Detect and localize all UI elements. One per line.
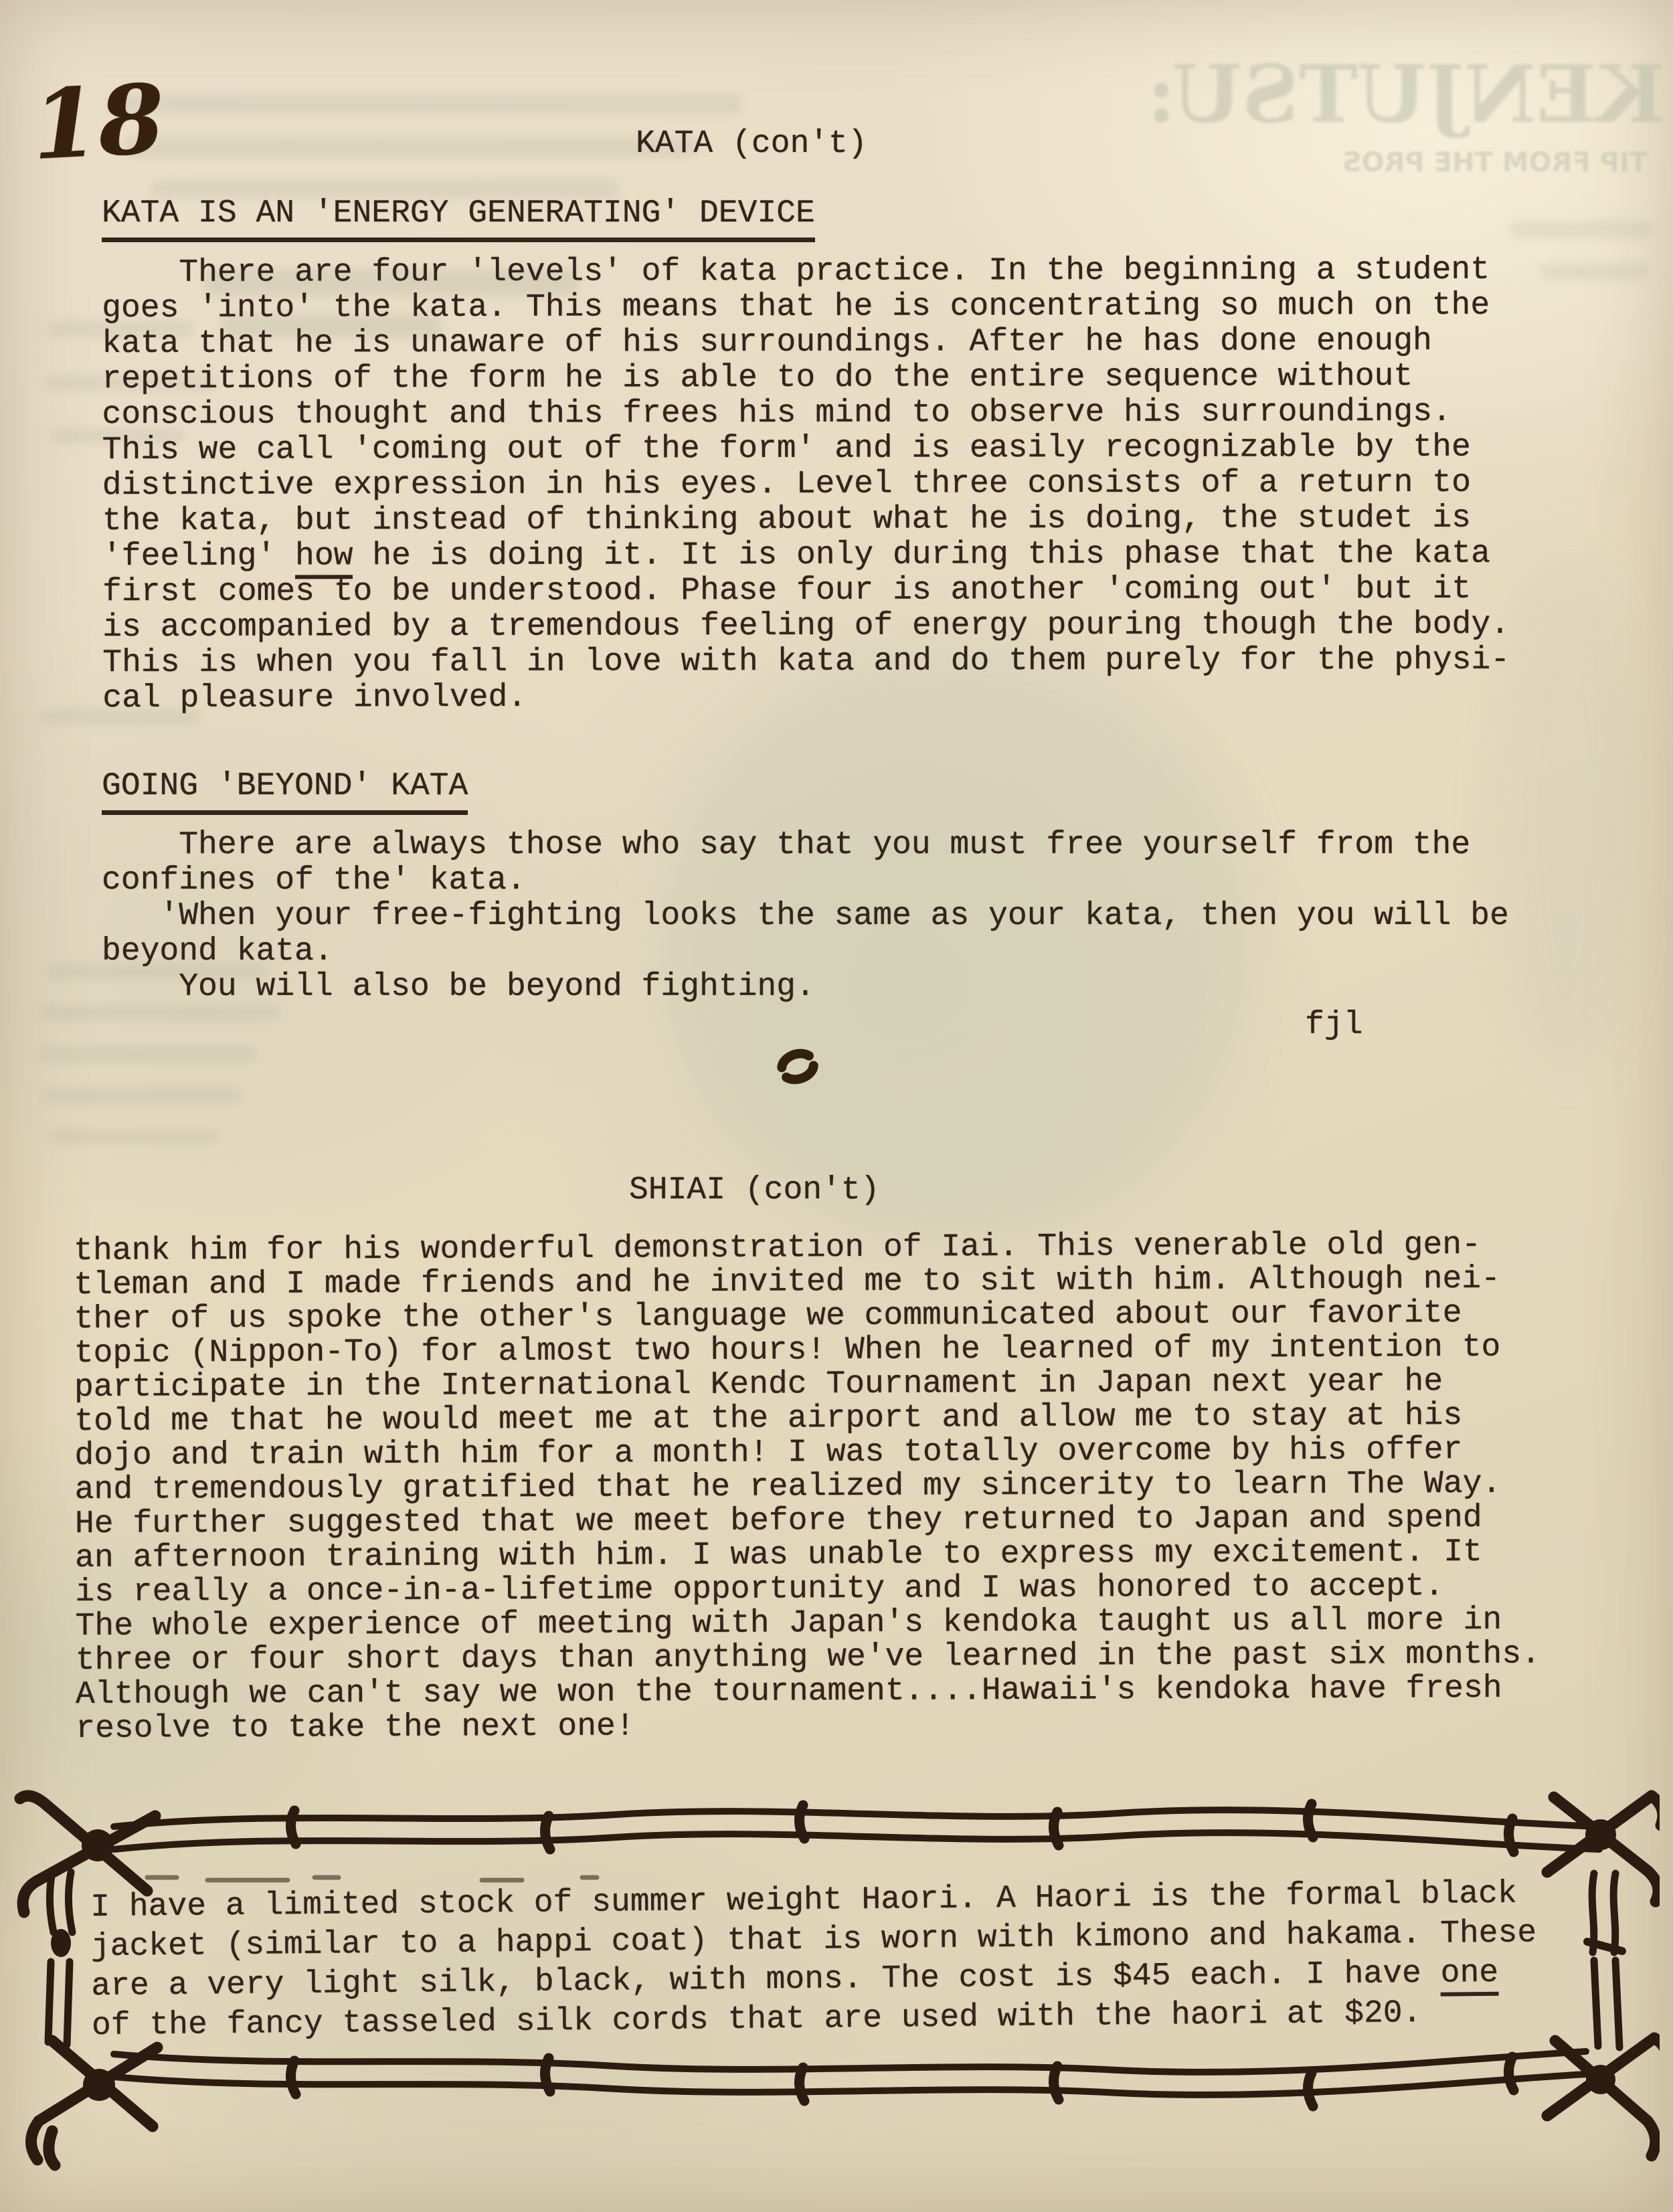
shiai-continued-header: SHIAI (con't): [629, 1172, 879, 1208]
bleed-through-smudge: [41, 1088, 242, 1104]
text-line: confines of the' kata.: [102, 863, 1509, 899]
underlined-word: one: [1440, 1955, 1498, 1997]
bleed-through-smudge: [107, 94, 743, 114]
bleed-through-tagline: TIP FROM THE PROS: [1393, 147, 1648, 178]
text-line: kata that he is unaware of his surroundi…: [102, 324, 1509, 362]
text-line: 'feeling' how he is doing it. It is only…: [102, 537, 1510, 575]
scanned-newsletter-page: KENJUTSU: TIP FROM THE PROS 18 KATA (con…: [0, 0, 1673, 2212]
text-line: resolve to take the next one!: [76, 1706, 1540, 1746]
text-line: You will also be beyond fighting.: [102, 970, 1509, 1005]
text-segment: 'feeling': [102, 538, 295, 575]
bleed-through-smudge: [1509, 221, 1653, 238]
text-line: first comes to be understood. Phase four…: [102, 572, 1510, 610]
haori-advertisement: I have a limited stock of summer weight …: [90, 1874, 1538, 2046]
text-line: This we call 'coming out of the form' an…: [102, 430, 1510, 468]
swirl-crescents-icon: [771, 1041, 824, 1092]
text-line: the kata, but instead of thinking about …: [102, 501, 1510, 539]
bleed-through-illustration: [1499, 562, 1633, 1071]
author-initials: fjl: [1305, 1007, 1362, 1043]
page-number: 18: [29, 72, 167, 173]
text-line: repetitions of the form he is able to do…: [102, 359, 1509, 397]
kata-paragraph: There are four 'levels' of kata practice…: [102, 253, 1510, 717]
text-line: cal pleasure involved.: [102, 678, 1510, 717]
text-line: This is when you fall in love with kata …: [102, 643, 1510, 681]
text-line: There are always those who say that you …: [102, 828, 1509, 863]
kata-continued-header: KATA (con't): [636, 126, 867, 162]
bleed-through-masthead: KENJUTSU:: [1317, 51, 1665, 138]
kata-section-heading: KATA IS AN 'ENERGY GENERATING' DEVICE: [102, 195, 815, 242]
text-segment: he is doing it. It is only during this p…: [353, 536, 1490, 575]
text-line: Although we can't say we won the tournam…: [76, 1671, 1540, 1712]
text-line: beyond kata.: [102, 934, 1509, 970]
bleed-through-smudge: [37, 1046, 258, 1063]
bleed-through-smudge: [1539, 264, 1650, 280]
bleed-through-smudge: [39, 1005, 280, 1021]
text-line: goes 'into' the kata. This means that he…: [102, 288, 1509, 327]
text-line: is accompanied by a tremendous feeling o…: [102, 608, 1510, 646]
text-line: distinctive expression in his eyes. Leve…: [102, 466, 1510, 504]
text-line: There are four 'levels' of kata practice…: [102, 253, 1509, 291]
text-line: 'When your free-fighting looks the same …: [102, 899, 1509, 934]
beyond-section-heading: GOING 'BEYOND' KATA: [102, 768, 468, 815]
shiai-paragraph: thank him for his wonderful demonstratio…: [74, 1228, 1540, 1746]
text-line: conscious thought and this frees his min…: [102, 395, 1509, 433]
beyond-paragraph: There are always those who say that you …: [102, 828, 1509, 1005]
bleed-through-smudge: [124, 137, 699, 157]
bleed-through-smudge: [48, 1129, 219, 1144]
underlined-word: how: [295, 538, 353, 579]
